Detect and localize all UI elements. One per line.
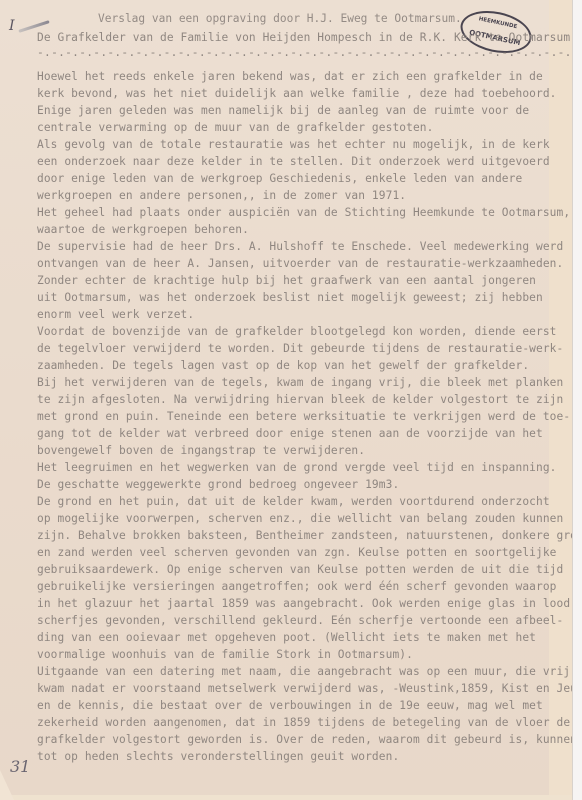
text-line: waartoe de werkgroepen behoren.: [37, 221, 582, 238]
text-line: scherfjes gevonden, verschillend gekleur…: [37, 612, 582, 629]
text-line: in het glazuur het jaartal 1859 was aang…: [37, 595, 582, 612]
text-line: bovengewelf boven de ingangstrap te verw…: [37, 442, 582, 459]
text-line: Uitgaande van een datering met naam, die…: [37, 663, 582, 680]
text-line: en de kennis, die bestaat over de verbou…: [37, 697, 582, 714]
text-line: Het leegruimen en het wegwerken van de g…: [37, 459, 582, 476]
text-line: De grond en het puin, dat uit de kelder …: [37, 493, 582, 510]
document-page: I Verslag van een opgraving door H.J. Ew…: [0, 0, 572, 800]
text-line: De geschatte weggewerkte grond bedroeg o…: [37, 476, 582, 493]
document-subtitle: De Grafkelder van de Familie von Heijden…: [37, 31, 577, 44]
text-line: Enige jaren geleden was men namelijk bij…: [37, 102, 582, 119]
text-line: Hoewel het reeds enkele jaren bekend was…: [37, 68, 582, 85]
document-title: Verslag van een opgraving door H.J. Eweg…: [98, 12, 462, 25]
text-line: zekerheid worden aangenomen, dat in 1859…: [37, 714, 582, 731]
text-line: een onderzoek naar deze kelder in te ste…: [37, 153, 582, 170]
text-line: voormalige woonhuis van de familie Stork…: [37, 646, 582, 663]
paper-bottom-edge: [0, 795, 572, 800]
text-line: Bij het verwijderen van de tegels, kwam …: [37, 374, 582, 391]
text-line: Voordat de bovenzijde van de grafkelder …: [37, 323, 582, 340]
body-text: Hoewel het reeds enkele jaren bekend was…: [37, 68, 582, 765]
text-line: te zijn afgesloten. Na verwijdring hierv…: [37, 391, 582, 408]
text-line: enorm veel werk verzet.: [37, 306, 582, 323]
text-line: Het geheel had plaats onder auspiciën va…: [37, 204, 582, 221]
text-line: zaamheden. De tegels lagen vast op de ko…: [37, 357, 582, 374]
divider-rule: -.-.-.-.-.-.-.-.-.-.-.-.-.-.-.-.-.-.-.-.…: [37, 46, 582, 59]
text-line: Als gevolg van de totale restauratie was…: [37, 136, 582, 153]
text-line: door enige leden van de werkgroep Geschi…: [37, 170, 582, 187]
text-line: Zonder echter de krachtige hulp bij het …: [37, 272, 582, 289]
text-line: ontvangen van de heer A. Jansen, uitvoer…: [37, 255, 582, 272]
text-line: zijn. Behalve brokken baksteen, Bentheim…: [37, 527, 582, 544]
text-line: tot op heden slechts veronderstellingen …: [37, 748, 582, 765]
text-line: werkgroepen en andere personen,, in de z…: [37, 187, 582, 204]
margin-annotation: 31: [10, 757, 30, 776]
text-line: kerk bevond, was het niet duidelijk aan …: [37, 85, 582, 102]
text-line: ding van een ooievaar met opgeheven poot…: [37, 629, 582, 646]
text-line: gebruiksaardewerk. Op enige scherven van…: [37, 561, 582, 578]
text-line: gebruikelijke versieringen aangetroffen;…: [37, 578, 582, 595]
text-line: de tegelvloer verwijderd te worden. Dit …: [37, 340, 582, 357]
page-marker: I: [9, 18, 15, 34]
text-line: op mogelijke voorwerpen, scherven enz., …: [37, 510, 582, 527]
text-line: uit Ootmarsum, was het onderzoek beslist…: [37, 289, 582, 306]
text-line: grafkelder volgestort geworden is. Over …: [37, 731, 582, 748]
text-line: centrale verwarming op de muur van de gr…: [37, 119, 582, 136]
text-line: en zand werden veel scherven gevonden va…: [37, 544, 582, 561]
text-line: gang tot de kelder wat verbreed door eni…: [37, 425, 582, 442]
text-line: kwam nadat er voorstaand metselwerk verw…: [37, 680, 582, 697]
text-line: De supervisie had de heer Drs. A. Hulsho…: [37, 238, 582, 255]
scan-border: [572, 0, 582, 800]
text-line: met grond en puin. Teneinde een betere w…: [37, 408, 582, 425]
